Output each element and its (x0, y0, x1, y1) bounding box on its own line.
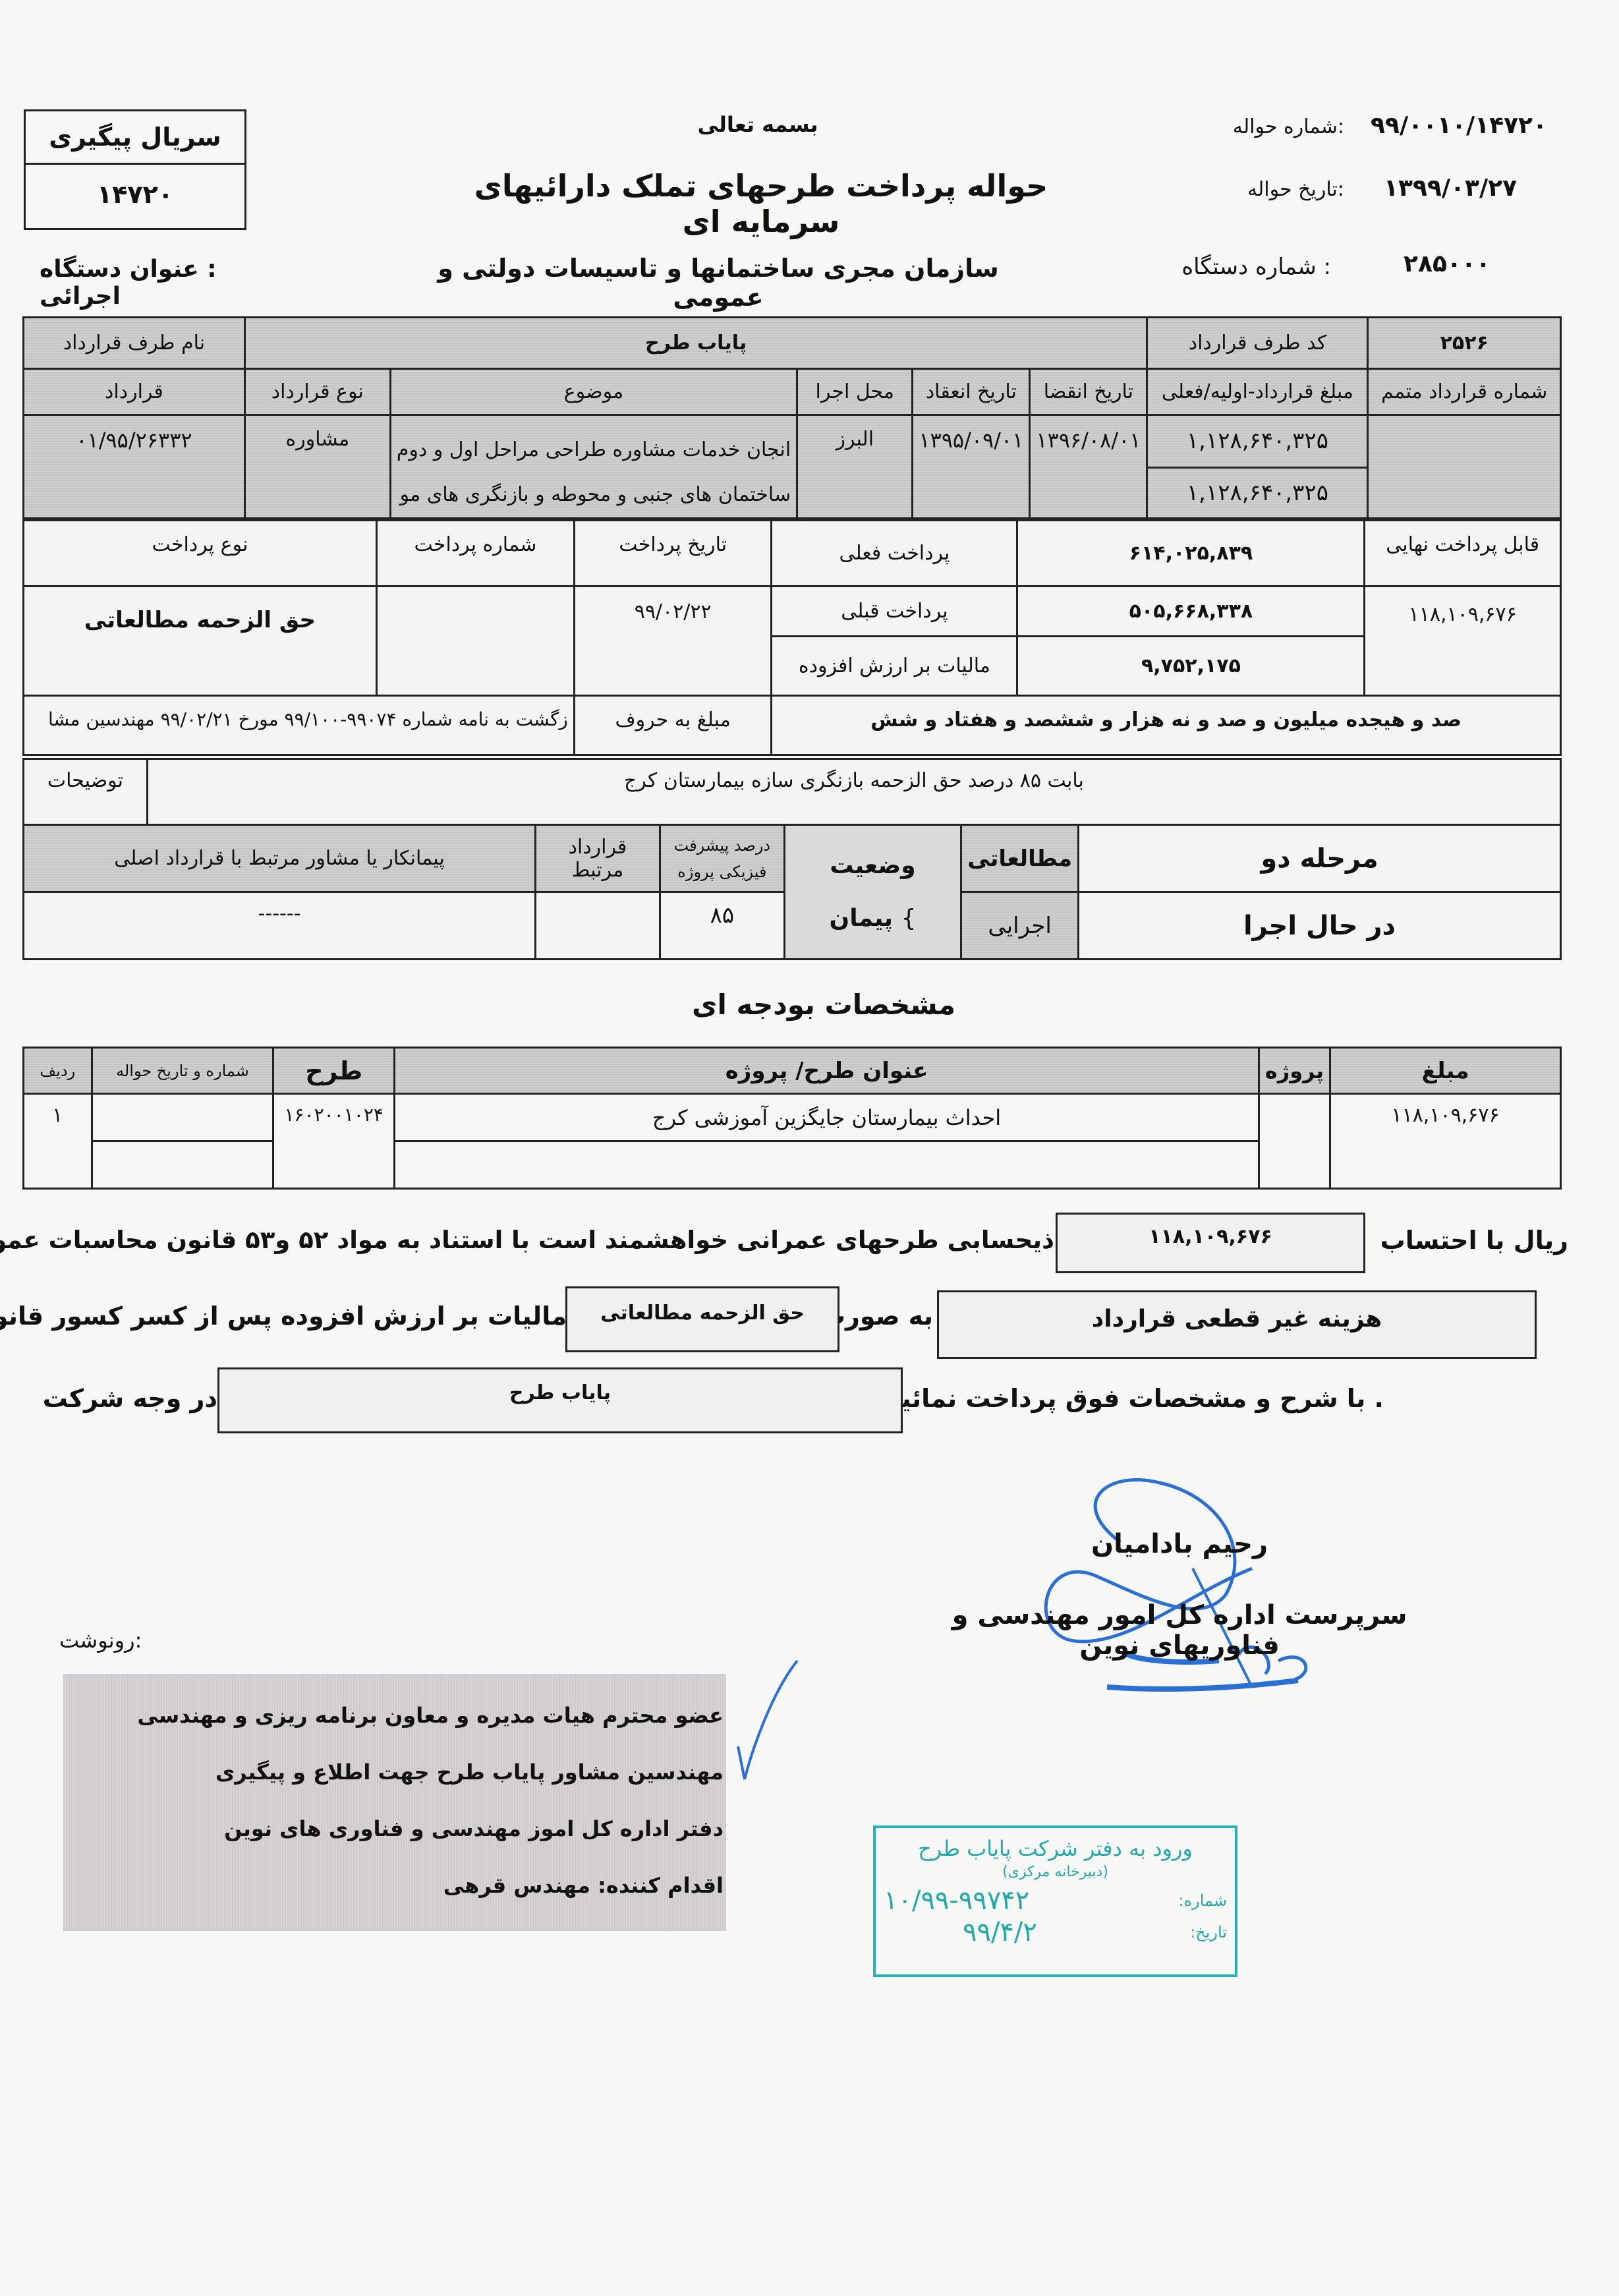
col-row: ردیف (24, 1048, 92, 1094)
previous-payment-label: پرداخت قبلی (772, 587, 1017, 637)
reference-letter: زگشت به نامه شماره ۹۹۰۷۴-۹۹/۱۰۰ مورخ ۹۹/… (24, 696, 575, 755)
party-code-label: کد طرف قرارداد (1147, 318, 1368, 369)
signatory-title: سرپرست اداره کل امور مهندسی و فناوریهای … (883, 1600, 1476, 1661)
col-amount: مبلغ (1330, 1048, 1561, 1094)
cc-box: عضو محترم هیات مدیره و معاون برنامه ریزی… (63, 1674, 726, 1931)
party-code: ۲۵۲۶ (1368, 318, 1561, 369)
progress-label: درصد پیشرفت فیزیکی پروژه (660, 825, 784, 892)
col-location: محل اجرا (797, 369, 913, 415)
col-type: نوع قرارداد (244, 369, 390, 415)
order-payment-type-box: حق الزحمه مطالعاتی (565, 1286, 839, 1352)
stamp-line-2: (دبیرخانه مرکزی) (876, 1864, 1235, 1880)
order-line1-start: ریال با احتساب (1371, 1226, 1568, 1255)
description-label: توضیحات (24, 759, 148, 825)
agency-number-label: : شماره دستگاه (1160, 254, 1331, 280)
subject-line-1: انجان خدمات مشاوره طراحی مراحل اول و دوم (397, 428, 791, 473)
budget-project (1259, 1094, 1330, 1189)
subject-line-2: ساختمان های جنبی و محوطه و بازنگری های م… (397, 473, 791, 517)
tracking-serial-value: ۱۴۷۲۰ (26, 163, 244, 228)
vat-label: مالیات بر ارزش افزوده (772, 637, 1017, 696)
exec-label: اجرایی (961, 892, 1079, 960)
contract-table: ۲۵۲۶ کد طرف قرارداد پایاب طرح نام طرف قر… (22, 316, 1562, 519)
final-payable-label: قابل پرداخت نهایی (1365, 521, 1561, 587)
budget-row-number: ۱ (24, 1094, 92, 1189)
stage: مرحله دو (1079, 825, 1561, 892)
agency-number: ۲۸۵۰۰۰ (1404, 250, 1509, 277)
col-expiry-date: تاریخ انقضا (1030, 369, 1147, 415)
description-text: بابت ۸۵ درصد حق الزحمه بازنگری سازه بیما… (147, 759, 1560, 825)
col-contract: قرارداد (24, 369, 245, 415)
col-title: عنوان طرح/ پروژه (395, 1048, 1259, 1094)
tracking-serial-box: سریال پیگیری ۱۴۷۲۰ (24, 109, 246, 230)
final-payable: ۱۱۸,۱۰۹,۶۷۶ (1365, 587, 1561, 696)
order-company-box: پایاب طرح (217, 1367, 903, 1433)
organization-name: سازمان مجری ساختمانها و تاسیسات دولتی و … (422, 254, 1015, 312)
stamp-number: ۱۰/۹۹-۹۹۷۴۲ (884, 1885, 1029, 1916)
budget-remittance-empty (92, 1141, 273, 1189)
stamp-date-label: تاریخ: (1190, 1923, 1227, 1941)
payment-date: ۹۹/۰۲/۲۲ (574, 587, 771, 696)
payment-number (376, 587, 574, 696)
study-label: مطالعاتی (961, 825, 1079, 892)
payment-date-label: تاریخ پرداخت (574, 521, 771, 587)
brace-icon: } (901, 905, 917, 932)
contract-status-label-2: } پیمان (791, 892, 955, 945)
conclusion-date: ۱۳۹۵/۰۹/۰۱ (913, 415, 1030, 519)
cc-line-4: اقدام کننده: مهندس قرهی (63, 1857, 726, 1914)
budget-amount: ۱۱۸,۱۰۹,۶۷۶ (1330, 1094, 1561, 1189)
col-amount: مبلغ قرارداد-اولیه/فعلی (1147, 369, 1368, 415)
expiry-date: ۱۳۹۶/۰۸/۰۱ (1030, 415, 1147, 519)
order-amount-box: ۱۱۸,۱۰۹,۶۷۶ (1056, 1213, 1365, 1273)
remittance-date-label: :تاریخ حواله (1212, 178, 1344, 201)
related-contract (536, 892, 660, 960)
cc-line-1: عضو محترم هیات مدیره و معاون برنامه ریزی… (63, 1687, 726, 1744)
amount-initial: ۱,۱۲۸,۶۴۰,۳۲۵ (1147, 415, 1368, 468)
cc-line-2: مهندسین مشاور پایاب طرح جهت اطلاع و پیگی… (63, 1744, 726, 1800)
payment-type: حق الزحمه مطالعاتی (24, 587, 377, 696)
col-supplement-no: شماره قرارداد متمم (1368, 369, 1561, 415)
location: البرز (797, 415, 913, 519)
related-party-label: پیمانکار یا مشاور مرتبط با قرارداد اصلی (24, 825, 536, 892)
col-subject: موضوع (390, 369, 797, 415)
previous-payment-value: ۵۰۵,۶۶۸,۳۳۸ (1017, 587, 1365, 637)
cc-label: :رونوشت (59, 1628, 191, 1653)
current-payment-value: ۶۱۴,۰۲۵,۸۳۹ (1017, 521, 1365, 587)
order-cost-type-box: هزینه غیر قطعی قرارداد (937, 1290, 1537, 1359)
amount-in-words-label: مبلغ به حروف (574, 696, 771, 755)
order-line3-end: در وجه شرکت (40, 1384, 217, 1413)
stamp-date: ۹۹/۴/۲ (963, 1917, 1037, 1947)
order-line2-end: مالیات بر ارزش افزوده پس از کسر کسور قان… (40, 1302, 567, 1331)
stamp-number-label: شماره: (1178, 1891, 1227, 1910)
status-table: مرحله دو مطالعاتی وضعیت } پیمان درصد پیش… (22, 824, 1562, 960)
payment-type-label: نوع پرداخت (24, 521, 377, 587)
remittance-number-label: :شماره حواله (1212, 115, 1344, 138)
budget-title-empty (395, 1141, 1259, 1189)
contract-status: وضعیت } پیمان (784, 825, 961, 960)
order-line1-end: ذیحسابی طرحهای عمرانی خواهشمند است با اس… (40, 1226, 1054, 1254)
contract-number: ۰۱/۹۵/۲۶۳۳۲ (24, 415, 245, 519)
current-payment-label: پرداخت فعلی (772, 521, 1017, 587)
payment-number-label: شماره پرداخت (376, 521, 574, 587)
budget-remittance (92, 1094, 273, 1141)
state: در حال اجرا (1079, 892, 1561, 960)
related-contract-label: قرارداد مرتبط (536, 825, 660, 892)
document-title: حواله پرداخت طرحهای تملک دارائیهای سرمای… (415, 168, 1107, 239)
contract-status-label: وضعیت (791, 840, 955, 892)
budget-table: مبلغ پروژه عنوان طرح/ پروژه طرح شماره و … (22, 1047, 1562, 1190)
col-conclusion-date: تاریخ انعقاد (913, 369, 1030, 415)
subject: انجان خدمات مشاوره طراحی مراحل اول و دوم… (390, 415, 797, 519)
tracking-serial-label: سریال پیگیری (26, 111, 244, 163)
checkmark-icon (731, 1654, 804, 1786)
payment-table: قابل پرداخت نهایی ۶۱۴,۰۲۵,۸۳۹ پرداخت فعل… (22, 519, 1562, 756)
remittance-number: ۹۹/۰۰۱۰/۱۴۷۲۰ (1371, 112, 1542, 139)
stamp-line-1: ورود به دفتر شرکت پایاب طرح (876, 1836, 1235, 1861)
contract-type: مشاوره (244, 415, 390, 519)
supplement-no (1368, 415, 1561, 519)
description-table: بابت ۸۵ درصد حق الزحمه بازنگری سازه بیما… (22, 758, 1562, 826)
cc-line-3: دفتر اداره کل اموز مهندسی و فناوری های ن… (63, 1800, 726, 1857)
budget-title: احداث بیمارستان جایگزین آموزشی کرج (395, 1094, 1259, 1141)
col-project: پروژه (1259, 1048, 1330, 1094)
budget-heading: مشخصات بودجه ای (593, 989, 1054, 1021)
budget-plan: ۱۶۰۲۰۰۱۰۲۴ (273, 1094, 395, 1189)
invocation: بسمه تعالی (593, 112, 923, 137)
table-row: ۱۱۸,۱۰۹,۶۷۶ احداث بیمارستان جایگزین آموز… (24, 1094, 1561, 1141)
signatory-name: رحیم بادامیان (1081, 1529, 1278, 1559)
party-name-label: نام طرف قرارداد (24, 318, 245, 369)
col-remittance: شماره و تاریخ حواله (92, 1048, 273, 1094)
order-line3-start: . با شرح و مشخصات فوق پرداخت نمائید (975, 1384, 1384, 1413)
executive-agency-label: : عنوان دستگاه اجرائی (40, 256, 277, 310)
receipt-stamp: ورود به دفتر شرکت پایاب طرح (دبیرخانه مر… (873, 1825, 1237, 1977)
related-party: ------ (24, 892, 536, 960)
amount-current: ۱,۱۲۸,۶۴۰,۳۲۵ (1147, 467, 1368, 518)
col-plan: طرح (273, 1048, 395, 1094)
vat-value: ۹,۷۵۲,۱۷۵ (1017, 637, 1365, 696)
progress-value: ۸۵ (660, 892, 784, 960)
remittance-date: ۱۳۹۹/۰۳/۲۷ (1384, 175, 1529, 202)
party-name: پایاب طرح (244, 318, 1147, 369)
signature-icon (909, 1463, 1410, 1713)
amount-in-words: صد و هیجده میلیون و صد و نه هزار و ششصد … (772, 696, 1561, 755)
